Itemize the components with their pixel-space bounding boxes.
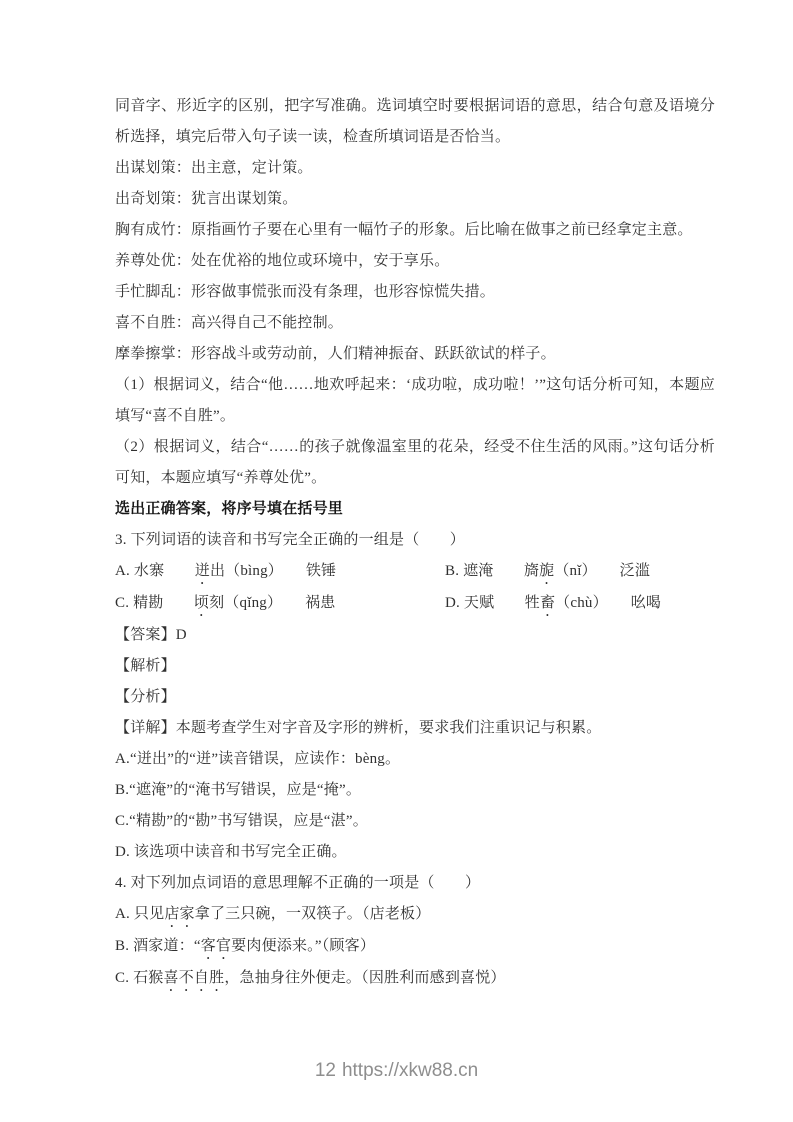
explanation-line: C.“精勘”的“勘”书写错误，应是“湛”。 xyxy=(115,806,715,837)
text-segment: 出（bìng） 铁锤 xyxy=(210,563,336,579)
section-header: 选出正确答案，将序号填在括号里 xyxy=(115,494,715,525)
text-segment: 拿了三只碗，一双筷子。（店老板） xyxy=(195,906,431,922)
q4-stem: 4. 对下列加点词语的意思理解不正确的一项是（ ） xyxy=(115,868,715,899)
document-page: 同音字、形近字的区别，把字写准确。选词填空时要根据词语的意思，结合句意及语境分析… xyxy=(115,91,715,995)
source-url: https://xkw88.cn xyxy=(342,1060,478,1081)
explanation-line: B.“遮淹”的“淹书写错误，应是“掩”。 xyxy=(115,775,715,806)
definition-line: 胸有成竹：原指画竹子要在心里有一幅竹子的形象。后比喻在做事之前已经拿定主意。 xyxy=(115,215,715,246)
text-segment: B. 遮淹 旖 xyxy=(445,563,539,579)
q3-options-row-2: C. 精勘 顷刻（qǐng） 祸患 D. 天赋 牲畜（chù） 吆喝 xyxy=(115,588,715,620)
text-segment: B. 酒家道：“ xyxy=(115,938,201,954)
q3-option-b: B. 遮淹 旖旎（nǐ） 泛滥 xyxy=(445,556,715,588)
q3-option-a: A. 水寨 迸出（bìng） 铁锤 xyxy=(115,556,445,588)
emphasized-char: 旎 xyxy=(539,563,554,579)
emphasized-char: 畜 xyxy=(540,595,555,611)
text-segment: C. 石猴 xyxy=(115,970,164,986)
q3-options-row-1: A. 水寨 迸出（bìng） 铁锤 B. 遮淹 旖旎（nǐ） 泛滥 xyxy=(115,556,715,588)
intro-paragraph: 同音字、形近字的区别，把字写准确。选词填空时要根据词语的意思，结合句意及语境分析… xyxy=(115,91,715,153)
emphasized-chars: 客官 xyxy=(201,938,231,954)
analysis-point-1: （1）根据词义，结合“他……地欢呼起来：‘成功啦，成功啦！’”这句话分析可知，本… xyxy=(115,370,715,432)
definition-line: 养尊处优：处在优裕的地位或环境中，安于享乐。 xyxy=(115,246,715,277)
text-segment: D. 天赋 牲 xyxy=(445,595,540,611)
text-segment: ，急抽身往外便走。（因胜利而感到喜悦） xyxy=(224,970,505,986)
definition-line: 出奇划策：犹言出谋划策。 xyxy=(115,184,715,215)
text-segment: C. 精勘 xyxy=(115,595,194,611)
q3-option-c: C. 精勘 顷刻（qǐng） 祸患 xyxy=(115,588,445,620)
definition-line: 出谋划策：出主意，定计策。 xyxy=(115,153,715,184)
q4-option-c: C. 石猴喜不自胜，急抽身往外便走。（因胜利而感到喜悦） xyxy=(115,963,715,995)
definition-line: 摩拳擦掌：形容战斗或劳动前，人们精神振奋、跃跃欲试的样子。 xyxy=(115,339,715,370)
explanation-line: A.“迸出”的“迸”读音错误，应读作：bèng。 xyxy=(115,744,715,775)
q3-option-d: D. 天赋 牲畜（chù） 吆喝 xyxy=(445,588,715,620)
definition-line: 手忙脚乱：形容做事慌张而没有条理，也形容惊慌失措。 xyxy=(115,277,715,308)
q3-answer: 【答案】D xyxy=(115,620,715,651)
analysis-point-2: （2）根据词义，结合“……的孩子就像温室里的花朵，经受不住生活的风雨。”这句话分… xyxy=(115,432,715,494)
explanation-line: 【详解】本题考查学生对字音及字形的辨析，要求我们注重识记与积累。 xyxy=(115,713,715,744)
text-segment: （chù） 吆喝 xyxy=(555,595,661,611)
q4-option-a: A. 只见店家拿了三只碗，一双筷子。（店老板） xyxy=(115,899,715,931)
page-number: 12 xyxy=(315,1060,336,1081)
emphasized-char: 顷 xyxy=(194,595,209,611)
explanation-line: 【解析】 xyxy=(115,651,715,682)
emphasized-char: 迸 xyxy=(195,563,210,579)
text-segment: 要肉便添来。”（顾客） xyxy=(231,938,375,954)
q3-stem: 3. 下列词语的读音和书写完全正确的一组是（ ） xyxy=(115,525,715,556)
page-footer: 12https://xkw88.cn xyxy=(0,1060,793,1082)
text-segment: A. 水寨 xyxy=(115,563,195,579)
text-segment: A. 只见 xyxy=(115,906,164,922)
text-segment: 刻（qǐng） 祸患 xyxy=(209,595,335,611)
explanation-line: D. 该选项中读音和书写完全正确。 xyxy=(115,837,715,868)
text-segment: （nǐ） 泛滥 xyxy=(554,563,650,579)
explanation-line: 【分析】 xyxy=(115,682,715,713)
q4-option-b: B. 酒家道：“客官要肉便添来。”（顾客） xyxy=(115,931,715,963)
definition-line: 喜不自胜：高兴得自己不能控制。 xyxy=(115,308,715,339)
emphasized-chars: 喜不自胜 xyxy=(164,970,225,986)
emphasized-chars: 店家 xyxy=(164,906,194,922)
